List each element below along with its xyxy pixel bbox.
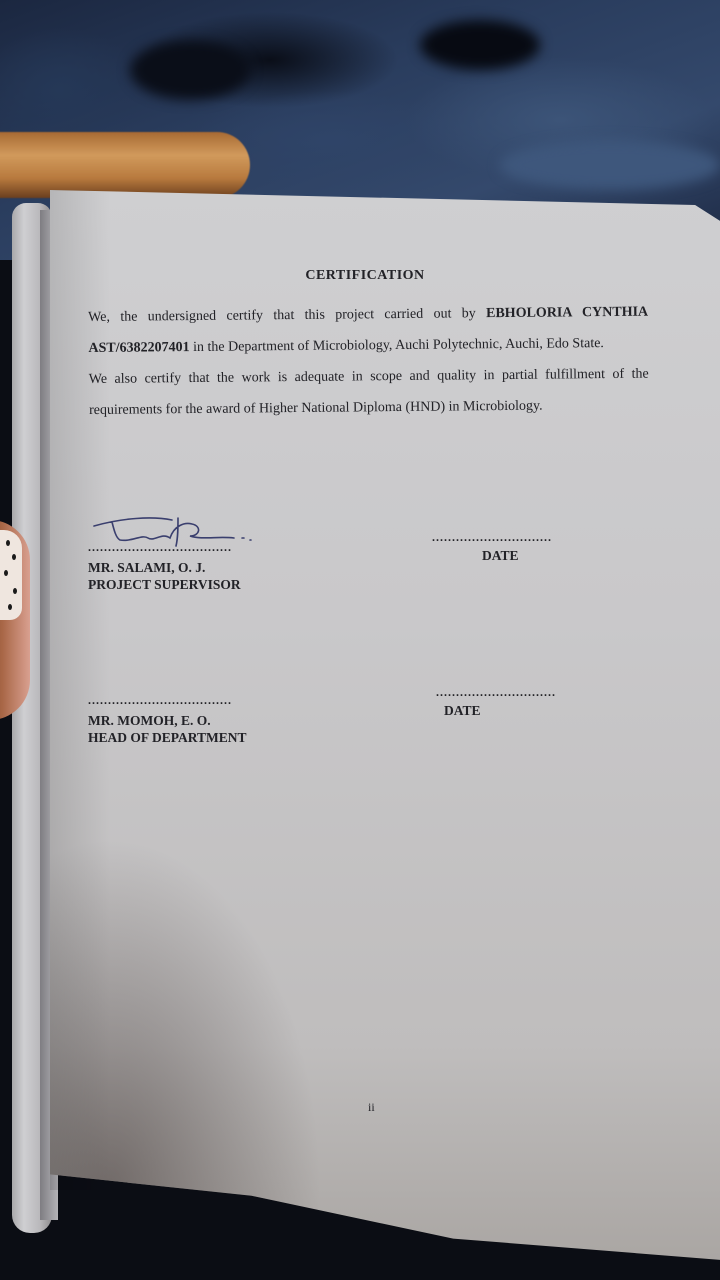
body-text: We, the undersigned certify that this pr… bbox=[88, 306, 476, 325]
date-line: .............................. bbox=[436, 688, 556, 698]
certification-content: CERTIFICATION We, the undersigned certif… bbox=[0, 0, 720, 1280]
signatory-role: HEAD OF DEPARTMENT bbox=[88, 729, 247, 746]
signatory-name: MR. SALAMI, O. J. bbox=[88, 559, 241, 576]
signature-line: .................................... bbox=[88, 543, 241, 553]
body-line-4: requirements for the award of Higher Nat… bbox=[89, 390, 649, 426]
signatory-name: MR. MOMOH, E. O. bbox=[88, 712, 247, 729]
student-name: EBHOLORIA CYNTHIA bbox=[486, 305, 648, 322]
supervisor-date-block: .............................. DATE bbox=[432, 533, 552, 564]
date-line: .............................. bbox=[432, 533, 552, 543]
supervisor-signature-block: .................................... MR.… bbox=[88, 543, 241, 593]
body-line-3: We also certify that the work is adequat… bbox=[89, 359, 649, 395]
page-number: ii bbox=[368, 1100, 375, 1115]
signatory-role: PROJECT SUPERVISOR bbox=[88, 576, 241, 593]
certification-paragraph: We, the undersigned certify that this pr… bbox=[88, 297, 649, 426]
body-text: in the Department of Microbiology, Auchi… bbox=[193, 336, 604, 355]
date-label: DATE bbox=[444, 702, 556, 719]
signature-line: .................................... bbox=[88, 696, 247, 706]
hod-date-block: .............................. DATE bbox=[436, 688, 556, 719]
page-title: CERTIFICATION bbox=[0, 268, 720, 284]
hod-signature-block: .................................... MR.… bbox=[88, 696, 247, 746]
matric-number: AST/6382207401 bbox=[88, 340, 189, 356]
date-label: DATE bbox=[482, 547, 552, 564]
